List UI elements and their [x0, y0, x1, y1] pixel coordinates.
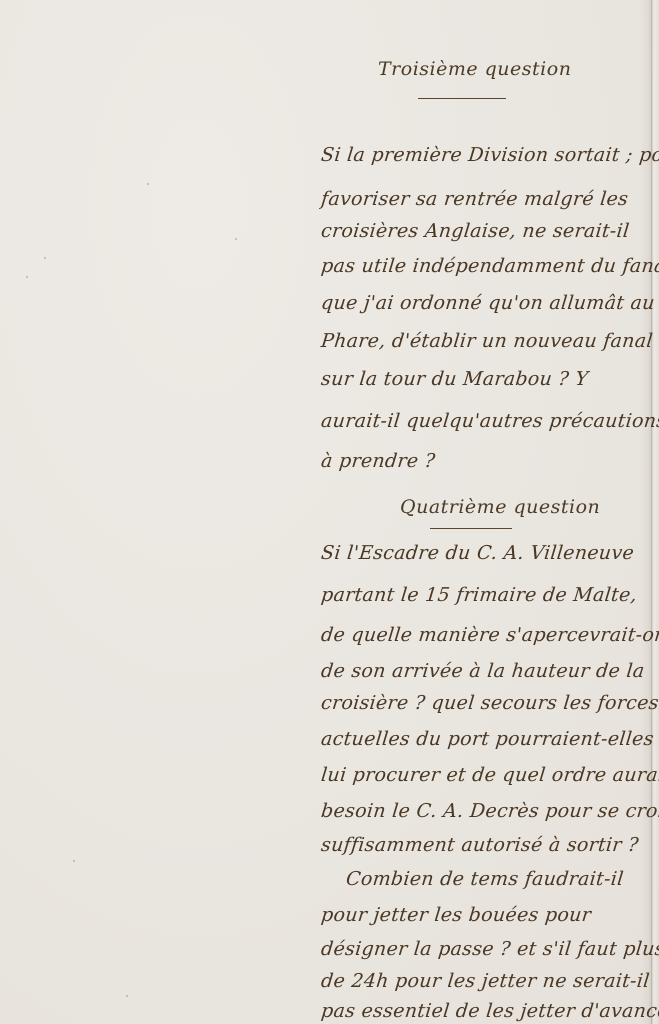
- manuscript-line: à prendre ?: [320, 450, 436, 472]
- manuscript-line: lui procurer et de quel ordre aurait: [320, 764, 659, 786]
- manuscript-line: désigner la passe ? et s'il faut plus: [320, 938, 659, 960]
- manuscript-line: actuelles du port pourraient-elles: [320, 728, 655, 750]
- paper-speck: [73, 860, 75, 862]
- manuscript-line: Combien de tems faudrait-il: [345, 868, 625, 890]
- manuscript-line: pas utile indépendamment du fanal: [320, 255, 659, 277]
- manuscript-line: partant le 15 frimaire de Malte,: [320, 584, 638, 606]
- manuscript-line: Si la première Division sortait ; pour: [320, 144, 659, 166]
- paper-speck: [126, 995, 128, 997]
- manuscript-line: Phare, d'établir un nouveau fanal: [320, 330, 654, 352]
- manuscript-line: suffisamment autorisé à sortir ?: [320, 834, 640, 856]
- manuscript-line: favoriser sa rentrée malgré les: [320, 188, 629, 210]
- manuscript-line: de quelle manière s'apercevrait-on: [320, 624, 659, 646]
- paper-speck: [44, 257, 46, 259]
- manuscript-line: que j'ai ordonné qu'on allumât au: [320, 292, 656, 314]
- heading-underline: [430, 528, 512, 529]
- manuscript-line: besoin le C. A. Decrès pour se croire: [320, 800, 659, 822]
- section-heading-troisieme: Troisième question: [378, 58, 571, 80]
- manuscript-line: Si l'Escadre du C. A. Villeneuve: [320, 542, 635, 564]
- paper-speck: [147, 183, 149, 185]
- manuscript-line: aurait-il quelqu'autres précautions: [320, 410, 659, 432]
- section-heading-quatrieme: Quatrième question: [400, 496, 600, 518]
- manuscript-line: croisières Anglaise, ne serait-il: [320, 220, 631, 242]
- manuscript-page: Troisième question Si la première Divisi…: [0, 0, 659, 1024]
- paper-speck: [235, 238, 237, 240]
- manuscript-line: pour jetter les bouées pour: [320, 904, 592, 926]
- manuscript-line: de 24h pour les jetter ne serait-il: [320, 970, 651, 992]
- manuscript-line: sur la tour du Marabou ? Y: [320, 368, 589, 390]
- heading-underline: [418, 98, 506, 99]
- paper-speck: [26, 276, 28, 278]
- manuscript-line: pas essentiel de les jetter d'avance.: [320, 1000, 659, 1022]
- manuscript-line: croisière ? quel secours les forces nava…: [320, 692, 659, 714]
- manuscript-line: de son arrivée à la hauteur de la: [320, 660, 646, 682]
